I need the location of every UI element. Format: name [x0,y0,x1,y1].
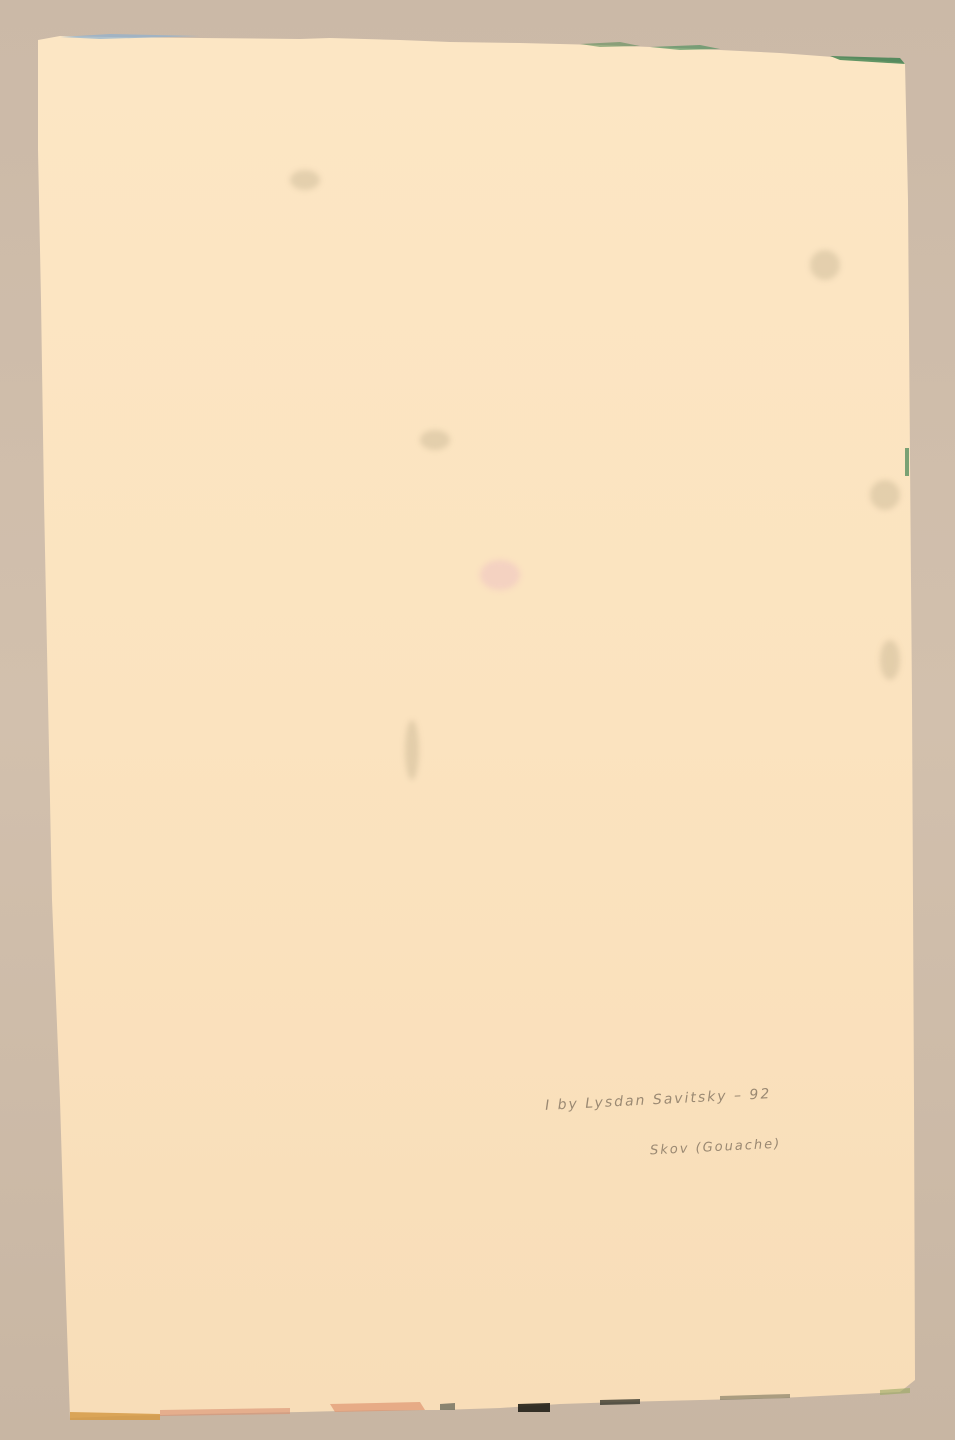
stain [405,720,419,780]
stain [810,250,840,280]
stain [880,640,900,680]
stain [420,430,450,450]
stain [480,560,520,590]
paper-shape [0,0,955,1440]
stain [870,480,900,510]
stain [290,170,320,190]
paper-sheet: I by Lysdan Savitsky – 92 Skov (Gouache) [0,0,955,1440]
